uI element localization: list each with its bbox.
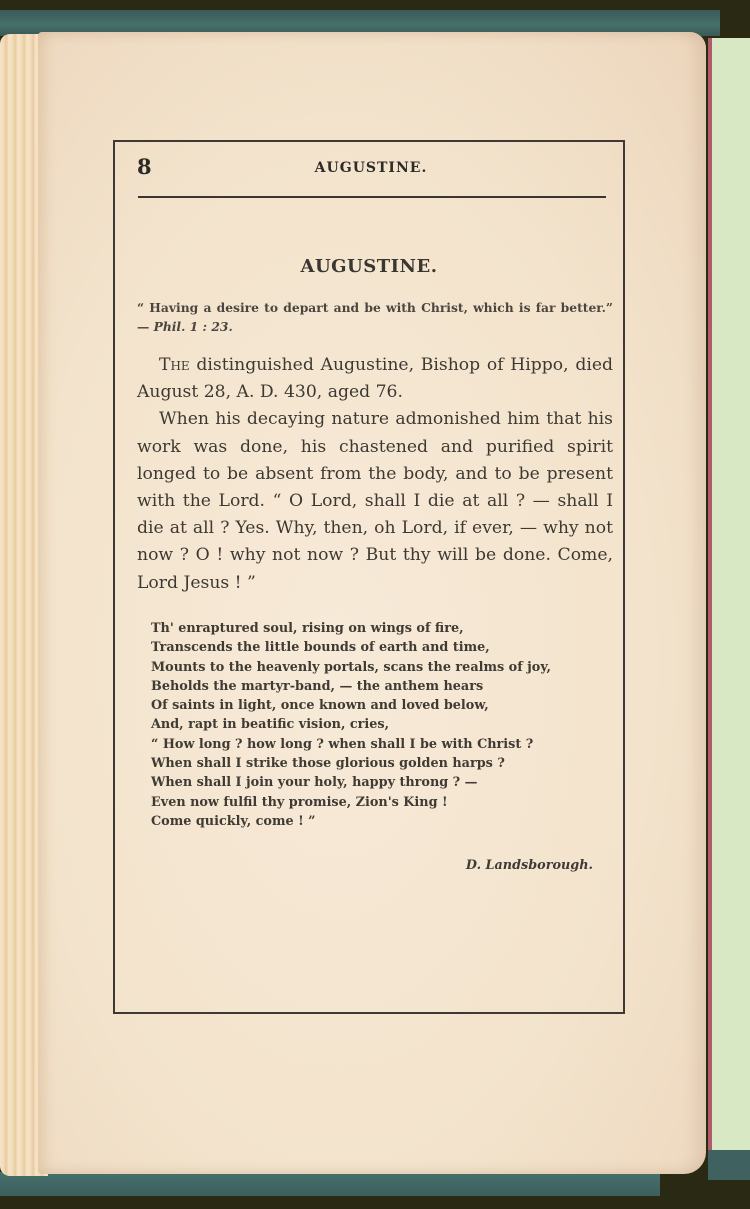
running-title: AUGUSTINE. <box>135 160 607 176</box>
poem-line: Mounts to the heavenly portals, scans th… <box>151 658 611 677</box>
paragraph: The distinguished Augustine, Bishop of H… <box>137 352 613 406</box>
paragraph-text: distinguished Augustine, Bishop of Hippo… <box>137 355 613 402</box>
book-cover-bottom-edge <box>0 1172 660 1196</box>
poem-line: Come quickly, come ! ” <box>151 812 611 831</box>
poem-attribution: D. Landsborough. <box>137 858 593 873</box>
poem-line: Beholds the martyr-band, — the anthem he… <box>151 677 611 696</box>
paragraph-lead: The <box>159 355 190 375</box>
epigraph: “ Having a desire to depart and be with … <box>137 298 613 336</box>
poem-line: When shall I strike those glorious golde… <box>151 754 611 773</box>
header-rule <box>138 196 606 198</box>
running-head: 8 AUGUSTINE. <box>135 154 607 184</box>
poem-line: Th' enraptured soul, rising on wings of … <box>151 619 611 638</box>
chapter-title: AUGUSTINE. <box>113 256 625 277</box>
poem-line: Transcends the little bounds of earth an… <box>151 638 611 657</box>
body-text: The distinguished Augustine, Bishop of H… <box>137 352 613 597</box>
book-cover-corner <box>708 1150 750 1180</box>
poem: Th' enraptured soul, rising on wings of … <box>151 619 611 831</box>
poem-line: And, rapt in beatific vision, cries, <box>151 715 611 734</box>
paragraph-text: When his decaying nature admonished him … <box>137 409 613 592</box>
facing-endpaper <box>708 38 750 1153</box>
epigraph-reference: Phil. 1 : 23. <box>154 319 233 334</box>
poem-line: Of saints in light, once known and loved… <box>151 696 611 715</box>
poem-line: When shall I join your holy, happy thron… <box>151 773 611 792</box>
poem-line: “ How long ? how long ? when shall I be … <box>151 735 611 754</box>
poem-line: Even now fulfil thy promise, Zion's King… <box>151 793 611 812</box>
paragraph: When his decaying nature admonished him … <box>137 406 613 596</box>
